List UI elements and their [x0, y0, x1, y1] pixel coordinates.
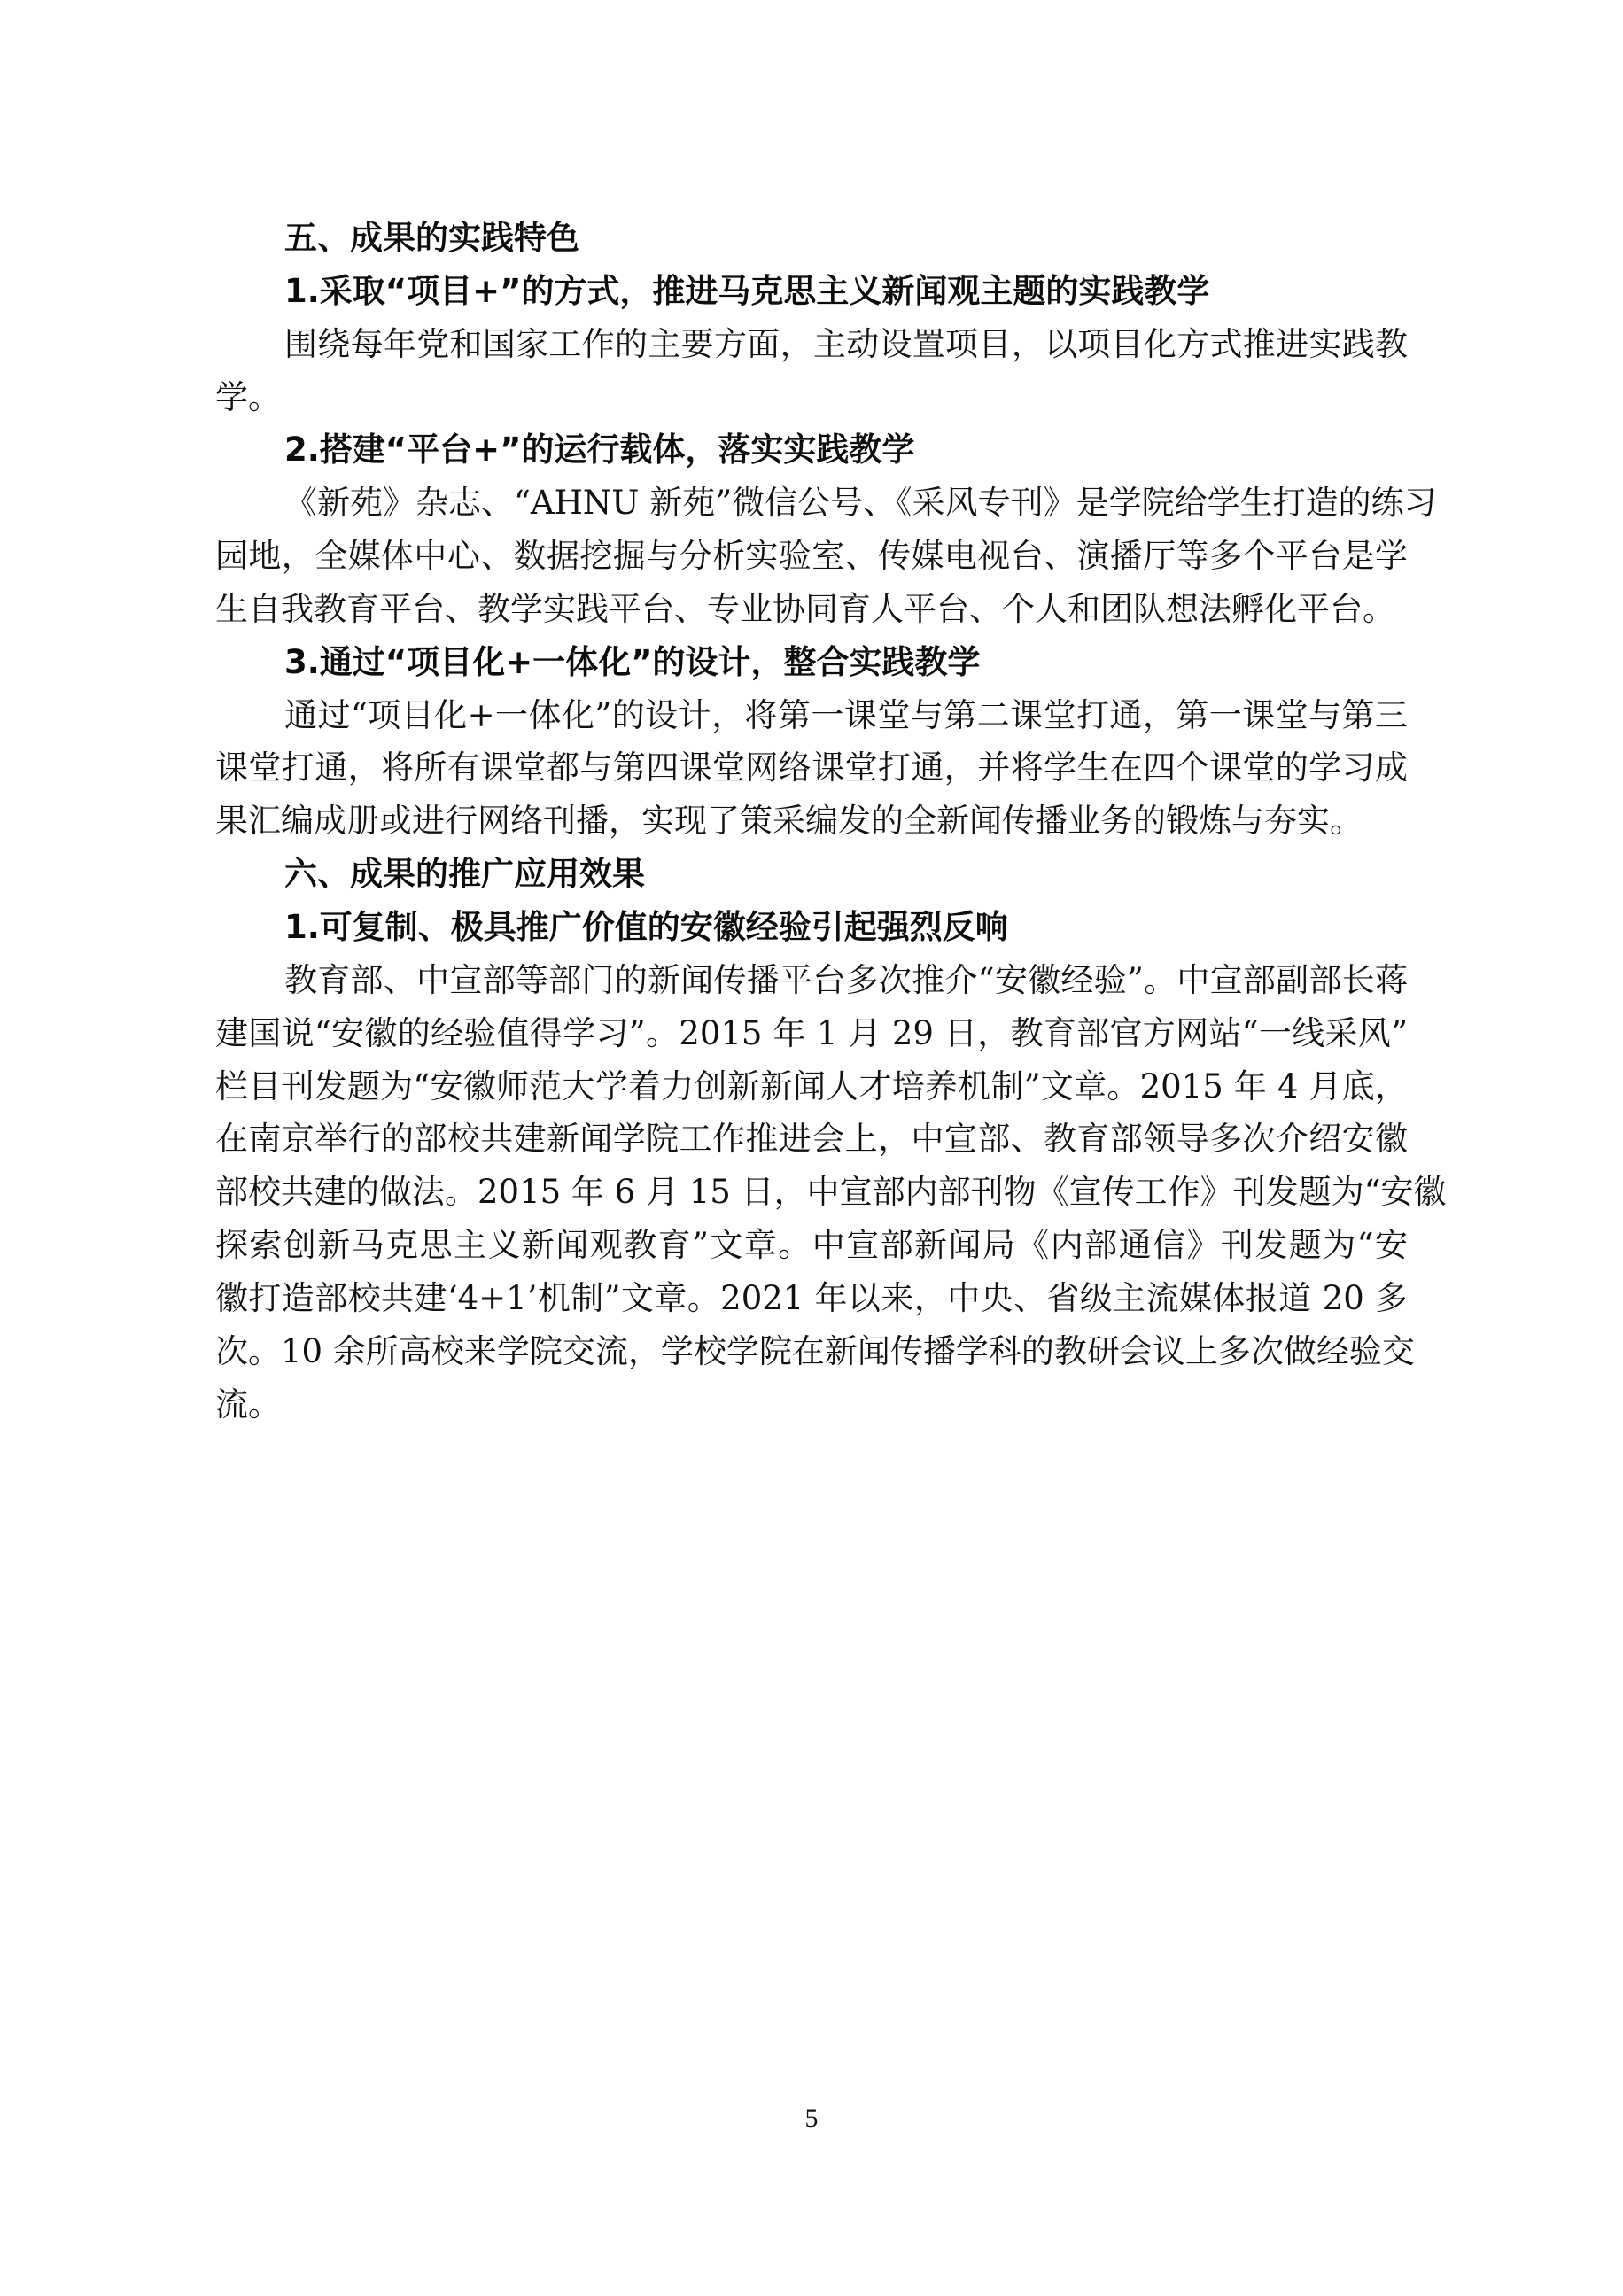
page-number: 5: [0, 2105, 1623, 2133]
subsection-title-6-1: 1.可复制、极具推广价值的安徽经验引起强烈反响: [215, 901, 1408, 954]
paragraph-line: 《新苑》杂志、“AHNU 新苑”微信公号、《采风专刊》是学院给学生打造的练习: [215, 477, 1408, 530]
paragraph-line: 通过“项目化+一体化”的设计，将第一课堂与第二课堂打通，第一课堂与第三: [215, 689, 1408, 742]
paragraph-line: 次。10 余所高校来学院交流，学校学院在新闻传播学科的教研会议上多次做经验交: [215, 1325, 1408, 1378]
paragraph-line: 围绕每年党和国家工作的主要方面，主动设置项目，以项目化方式推进实践教: [215, 318, 1408, 371]
paragraph-line: 课堂打通，将所有课堂都与第四课堂网络课堂打通，并将学生在四个课堂的学习成: [215, 741, 1408, 795]
paragraph-line: 栏目刊发题为“安徽师范大学着力创新新闻人才培养机制”文章。2015 年 4 月底…: [215, 1060, 1408, 1113]
paragraph-line: 徽打造部校共建‘4+1’机制”文章。2021 年以来，中央、省级主流媒体报道 2…: [215, 1272, 1408, 1325]
subsection-title-5-1: 1.采取“项目+”的方式，推进马克思主义新闻观主题的实践教学: [215, 265, 1408, 318]
subsection-title-5-2: 2.搭建“平台+”的运行载体，落实实践教学: [215, 423, 1408, 477]
paragraph-line: 在南京举行的部校共建新闻学院工作推进会上，中宣部、教育部领导多次介绍安徽: [215, 1113, 1408, 1166]
paragraph-line: 生自我教育平台、教学实践平台、专业协同育人平台、个人和团队想法孵化平台。: [215, 583, 1408, 636]
paragraph-line: 部校共建的做法。2015 年 6 月 15 日，中宣部内部刊物《宣传工作》刊发题…: [215, 1166, 1408, 1219]
subsection-title-5-3: 3.通过“项目化+一体化”的设计，整合实践教学: [215, 636, 1408, 689]
section-heading-6: 六、成果的推广应用效果: [215, 848, 1408, 901]
document-page: 五、成果的实践特色 1.采取“项目+”的方式，推进马克思主义新闻观主题的实践教学…: [0, 0, 1623, 2296]
paragraph-line: 教育部、中宣部等部门的新闻传播平台多次推介“安徽经验”。中宣部副部长蒋: [215, 954, 1408, 1007]
paragraph-line: 探索创新马克思主义新闻观教育”文章。中宣部新闻局《内部通信》刊发题为“安: [215, 1219, 1408, 1272]
paragraph-line: 学。: [215, 371, 1408, 424]
text-block: 五、成果的实践特色 1.采取“项目+”的方式，推进马克思主义新闻观主题的实践教学…: [215, 212, 1408, 1431]
paragraph-line: 流。: [215, 1378, 1408, 1431]
paragraph-line: 果汇编成册或进行网络刊播，实现了策采编发的全新闻传播业务的锻炼与夯实。: [215, 795, 1408, 848]
paragraph-line: 园地，全媒体中心、数据挖掘与分析实验室、传媒电视台、演播厅等多个平台是学: [215, 530, 1408, 583]
paragraph-line: 建国说“安徽的经验值得学习”。2015 年 1 月 29 日，教育部官方网站“一…: [215, 1007, 1408, 1060]
section-heading-5: 五、成果的实践特色: [215, 212, 1408, 265]
